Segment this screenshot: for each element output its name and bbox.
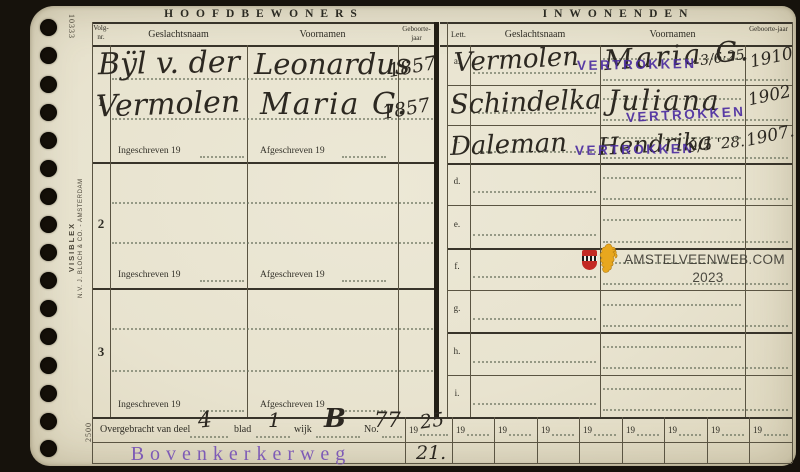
lodger-b-birthyear: 1902 — [747, 84, 793, 110]
house-number: 21. — [416, 444, 446, 463]
grid-line — [92, 22, 93, 463]
dotted-line — [764, 434, 788, 436]
dotted-line — [200, 280, 244, 282]
letter-label-f: f. — [447, 261, 467, 271]
grid-line — [92, 288, 436, 290]
dotted-line — [112, 202, 433, 204]
watermark-site: AMSTELVEENWEB.COM — [624, 252, 785, 267]
year-cell-label: 19 — [626, 425, 635, 435]
dotted-line — [603, 346, 741, 348]
year-cell-label: 19 — [583, 425, 592, 435]
row-number-2: 2 — [92, 216, 110, 232]
year-cell-label: 19 — [753, 425, 762, 435]
brand-label: VISIBLEX — [67, 222, 76, 272]
dotted-line — [112, 370, 433, 372]
col-header-surname-right: Geslachtsnaam — [470, 29, 600, 40]
dotted-line — [112, 242, 433, 244]
grid-line — [447, 375, 792, 376]
amstelveen-lion-icon — [595, 243, 619, 273]
grid-line — [92, 22, 436, 24]
year-cell-label: 19 — [409, 425, 418, 435]
dotted-line — [603, 388, 741, 390]
punch-hole-icon — [40, 19, 57, 36]
dotted-line — [467, 434, 489, 436]
grid-line — [440, 22, 792, 24]
grid-line — [447, 205, 792, 206]
dotted-line — [473, 361, 596, 363]
letter-label-h: h. — [447, 346, 467, 356]
dotted-line — [382, 436, 402, 438]
punch-hole-icon — [40, 385, 57, 402]
dotted-line — [190, 436, 228, 438]
punch-hole-icon — [40, 104, 57, 121]
transfer-label: Overgebracht van deel — [100, 424, 190, 435]
grid-line — [622, 417, 623, 463]
vertrokken-stamp-a: VERTROKKEN — [577, 56, 697, 73]
year-written-value: 25 — [419, 410, 446, 432]
dotted-line — [420, 434, 448, 436]
blad-label: blad — [234, 424, 251, 435]
punch-hole-icon — [40, 272, 57, 289]
head-resident-2-surname: Vermolen — [96, 87, 241, 122]
grid-line — [494, 417, 495, 463]
col-header-birthyear-right: Geboorte-jaar — [745, 25, 792, 34]
vertrokken-date-c: 9/5 '28. — [687, 134, 745, 155]
table-divider — [434, 22, 439, 417]
grid-line — [745, 45, 746, 417]
ingeschreven-label: Ingeschreven 19 — [118, 270, 181, 280]
wijk-label: wijk — [294, 424, 312, 435]
ingeschreven-label: Ingeschreven 19 — [118, 146, 181, 156]
lodger-c-surname: Daleman — [450, 130, 568, 160]
dotted-line — [473, 403, 596, 405]
punch-hole-icon — [40, 300, 57, 317]
col-header-surname-left: Geslachtsnaam — [110, 29, 247, 40]
year-cell-label: 19 — [541, 425, 550, 435]
dotted-line — [603, 409, 788, 411]
row-number-3: 3 — [92, 344, 110, 360]
dotted-line — [256, 436, 290, 438]
dotted-line — [603, 367, 788, 369]
year-cell-label: 19 — [668, 425, 677, 435]
dotted-line — [316, 436, 360, 438]
printer-company-label: N.V. J. BLOCH & CO. - AMSTERDAM — [78, 178, 84, 298]
watermark-year: 2023 — [678, 270, 738, 285]
punch-hole-icon — [40, 160, 57, 177]
dotted-line — [722, 434, 744, 436]
col-header-birthyear-left: Geboorte-jaar — [398, 25, 435, 43]
dotted-line — [603, 219, 741, 221]
punch-hole-icon — [40, 76, 57, 93]
grid-line — [405, 417, 406, 463]
lodger-a-surname: Vermolen — [453, 44, 579, 77]
card-stock-code-top: 10333 — [67, 14, 76, 39]
dotted-line — [603, 79, 788, 81]
dotted-line — [473, 191, 596, 193]
dotted-line — [200, 156, 244, 158]
punch-hole-icon — [40, 188, 57, 205]
grid-line — [447, 248, 792, 250]
year-cell-label: 19 — [498, 425, 507, 435]
dotted-line — [603, 304, 741, 306]
grid-line — [447, 290, 792, 291]
head-resident-1-surname: Bÿl v. der — [98, 48, 240, 80]
dotted-line — [112, 328, 433, 330]
year-cell-label: 19 — [456, 425, 465, 435]
dotted-line — [679, 434, 701, 436]
grid-line — [452, 417, 453, 463]
dotted-line — [473, 318, 596, 320]
dotted-line — [603, 325, 788, 327]
lodger-c-birthyear: 1907. — [745, 123, 796, 150]
col-header-firstnames-left: Voornamen — [247, 29, 398, 40]
grid-line — [537, 417, 538, 463]
street-stamp: Bovenkerkerweg — [126, 443, 356, 466]
grid-line — [447, 163, 792, 165]
letter-label-i: i. — [447, 388, 467, 398]
year-cell-label: 19 — [711, 425, 720, 435]
dotted-line — [473, 276, 596, 278]
grid-line — [749, 417, 750, 463]
dotted-line — [603, 177, 741, 179]
punch-hole-icon — [40, 357, 57, 374]
lodger-b-surname: Schindelka — [450, 86, 602, 118]
punch-hole-icon — [40, 440, 57, 457]
grid-line — [92, 162, 436, 164]
ingeschreven-label: Ingeschreven 19 — [118, 400, 181, 410]
afgeschreven-label: Afgeschreven 19 — [260, 270, 325, 280]
punch-hole-icon — [40, 132, 57, 149]
dotted-line — [603, 241, 788, 243]
col-header-letter: Lett. — [447, 30, 470, 39]
grid-line — [247, 45, 248, 417]
punch-hole-icon — [40, 413, 57, 430]
grid-line — [664, 417, 665, 463]
wijk-value: B — [324, 406, 346, 432]
punch-hole-icon — [40, 244, 57, 261]
punch-hole-icon — [40, 328, 57, 345]
right-table-title: INWONENDEN — [445, 8, 792, 20]
letter-label-e: e. — [447, 219, 467, 229]
grid-line — [579, 417, 580, 463]
punch-hole-icon — [40, 216, 57, 233]
scanned-register-card: 10333 VISIBLEX N.V. J. BLOCH & CO. - AMS… — [0, 0, 800, 472]
grid-line — [792, 22, 793, 463]
dotted-line — [342, 280, 386, 282]
grid-line — [447, 332, 792, 334]
letter-label-g: g. — [447, 303, 467, 313]
vertrokken-stamp-c: VERTROKKEN — [575, 141, 695, 158]
card: 10333 VISIBLEX N.V. J. BLOCH & CO. - AMS… — [30, 6, 796, 466]
grid-line — [707, 417, 708, 463]
lodger-a-birthyear: 1910 — [749, 46, 795, 72]
head-resident-1-birthyear: 1857 — [387, 54, 438, 81]
dotted-line — [552, 434, 574, 436]
transfer-deel-value: 4 — [197, 409, 213, 432]
dotted-line — [603, 198, 788, 200]
dotted-line — [473, 234, 596, 236]
letter-label-d: d. — [447, 176, 467, 186]
punch-hole-icon — [40, 47, 57, 64]
dotted-line — [594, 434, 616, 436]
col-header-volgnr: Volg-nr. — [92, 24, 110, 42]
blad-value: 1 — [268, 410, 281, 430]
grid-line — [447, 125, 792, 126]
dotted-line — [509, 434, 531, 436]
left-table-title: HOOFDBEWONERS — [92, 8, 436, 20]
dotted-line — [637, 434, 659, 436]
dotted-line — [342, 156, 386, 158]
no-value: 77 — [374, 410, 401, 431]
afgeschreven-label: Afgeschreven 19 — [260, 146, 325, 156]
